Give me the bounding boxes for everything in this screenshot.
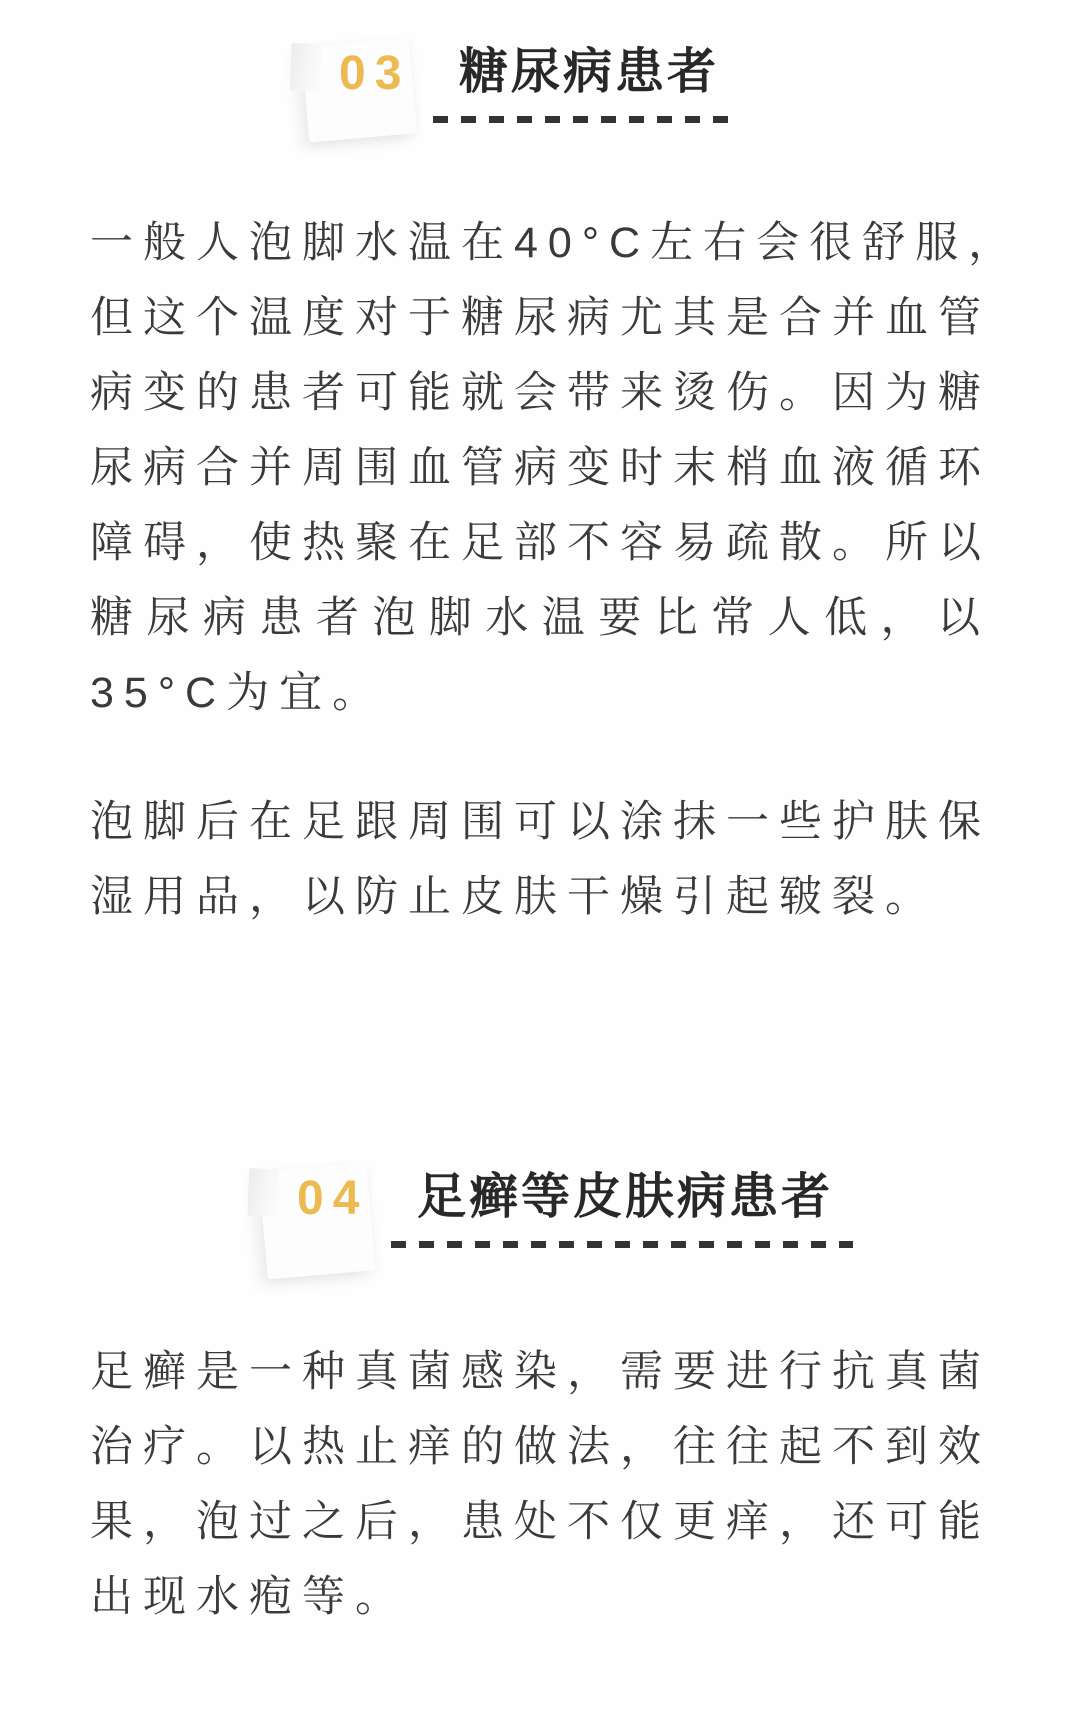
- paragraph-line: 障碍，使热聚在足部不容易疏散。所以: [90, 506, 990, 581]
- section-header-04: 04 足癣等皮肤病患者: [261, 1165, 1080, 1269]
- paragraph: 泡脚后在足跟周围可以涂抹一些护肤保 湿用品，以防止皮肤干燥引起皲裂。: [90, 785, 990, 935]
- dashed-divider: [391, 1241, 853, 1248]
- paragraph-line: 泡脚后在足跟周围可以涂抹一些护肤保: [90, 785, 990, 860]
- section-number: 04: [297, 1171, 368, 1226]
- paragraph-line: 治疗。以热止痒的做法，往往起不到效: [90, 1410, 990, 1485]
- section-header-03: 03 糖尿病患者: [303, 0, 1080, 144]
- section-number: 03: [339, 46, 410, 101]
- paragraph-line: 但这个温度对于糖尿病尤其是合并血管: [90, 281, 990, 356]
- section-title: 足癣等皮肤病患者: [417, 1167, 833, 1227]
- section-title-block: 糖尿病患者: [459, 40, 719, 123]
- paragraph-line: 35°C为宜。: [90, 656, 990, 731]
- paragraph-line: 病变的患者可能就会带来烫伤。因为糖: [90, 356, 990, 431]
- section-number-badge: 04: [261, 1165, 385, 1269]
- section-number-badge: 03: [303, 40, 427, 144]
- section-title: 糖尿病患者: [459, 42, 719, 102]
- section-title-block: 足癣等皮肤病患者: [417, 1165, 833, 1248]
- paragraph: 足癣是一种真菌感染，需要进行抗真菌 治疗。以热止痒的做法，往往起不到效 果，泡过…: [90, 1335, 990, 1635]
- paragraph-line: 糖尿病患者泡脚水温要比常人低，以: [90, 581, 990, 656]
- dashed-divider: [433, 116, 739, 123]
- article-page: 03 糖尿病患者 一般人泡脚水温在40°C左右会很舒服， 但这个温度对于糖尿病尤…: [0, 0, 1080, 1727]
- paragraph: 一般人泡脚水温在40°C左右会很舒服， 但这个温度对于糖尿病尤其是合并血管 病变…: [90, 206, 990, 731]
- paragraph-line: 一般人泡脚水温在40°C左右会很舒服，: [90, 206, 990, 281]
- paragraph-line: 尿病合并周围血管病变时末梢血液循环: [90, 431, 990, 506]
- paragraph-line: 足癣是一种真菌感染，需要进行抗真菌: [90, 1335, 990, 1410]
- paragraph-line: 果，泡过之后，患处不仅更痒，还可能: [90, 1485, 990, 1560]
- paragraph-line: 湿用品，以防止皮肤干燥引起皲裂。: [90, 860, 990, 935]
- paragraph-line: 出现水疱等。: [90, 1560, 990, 1635]
